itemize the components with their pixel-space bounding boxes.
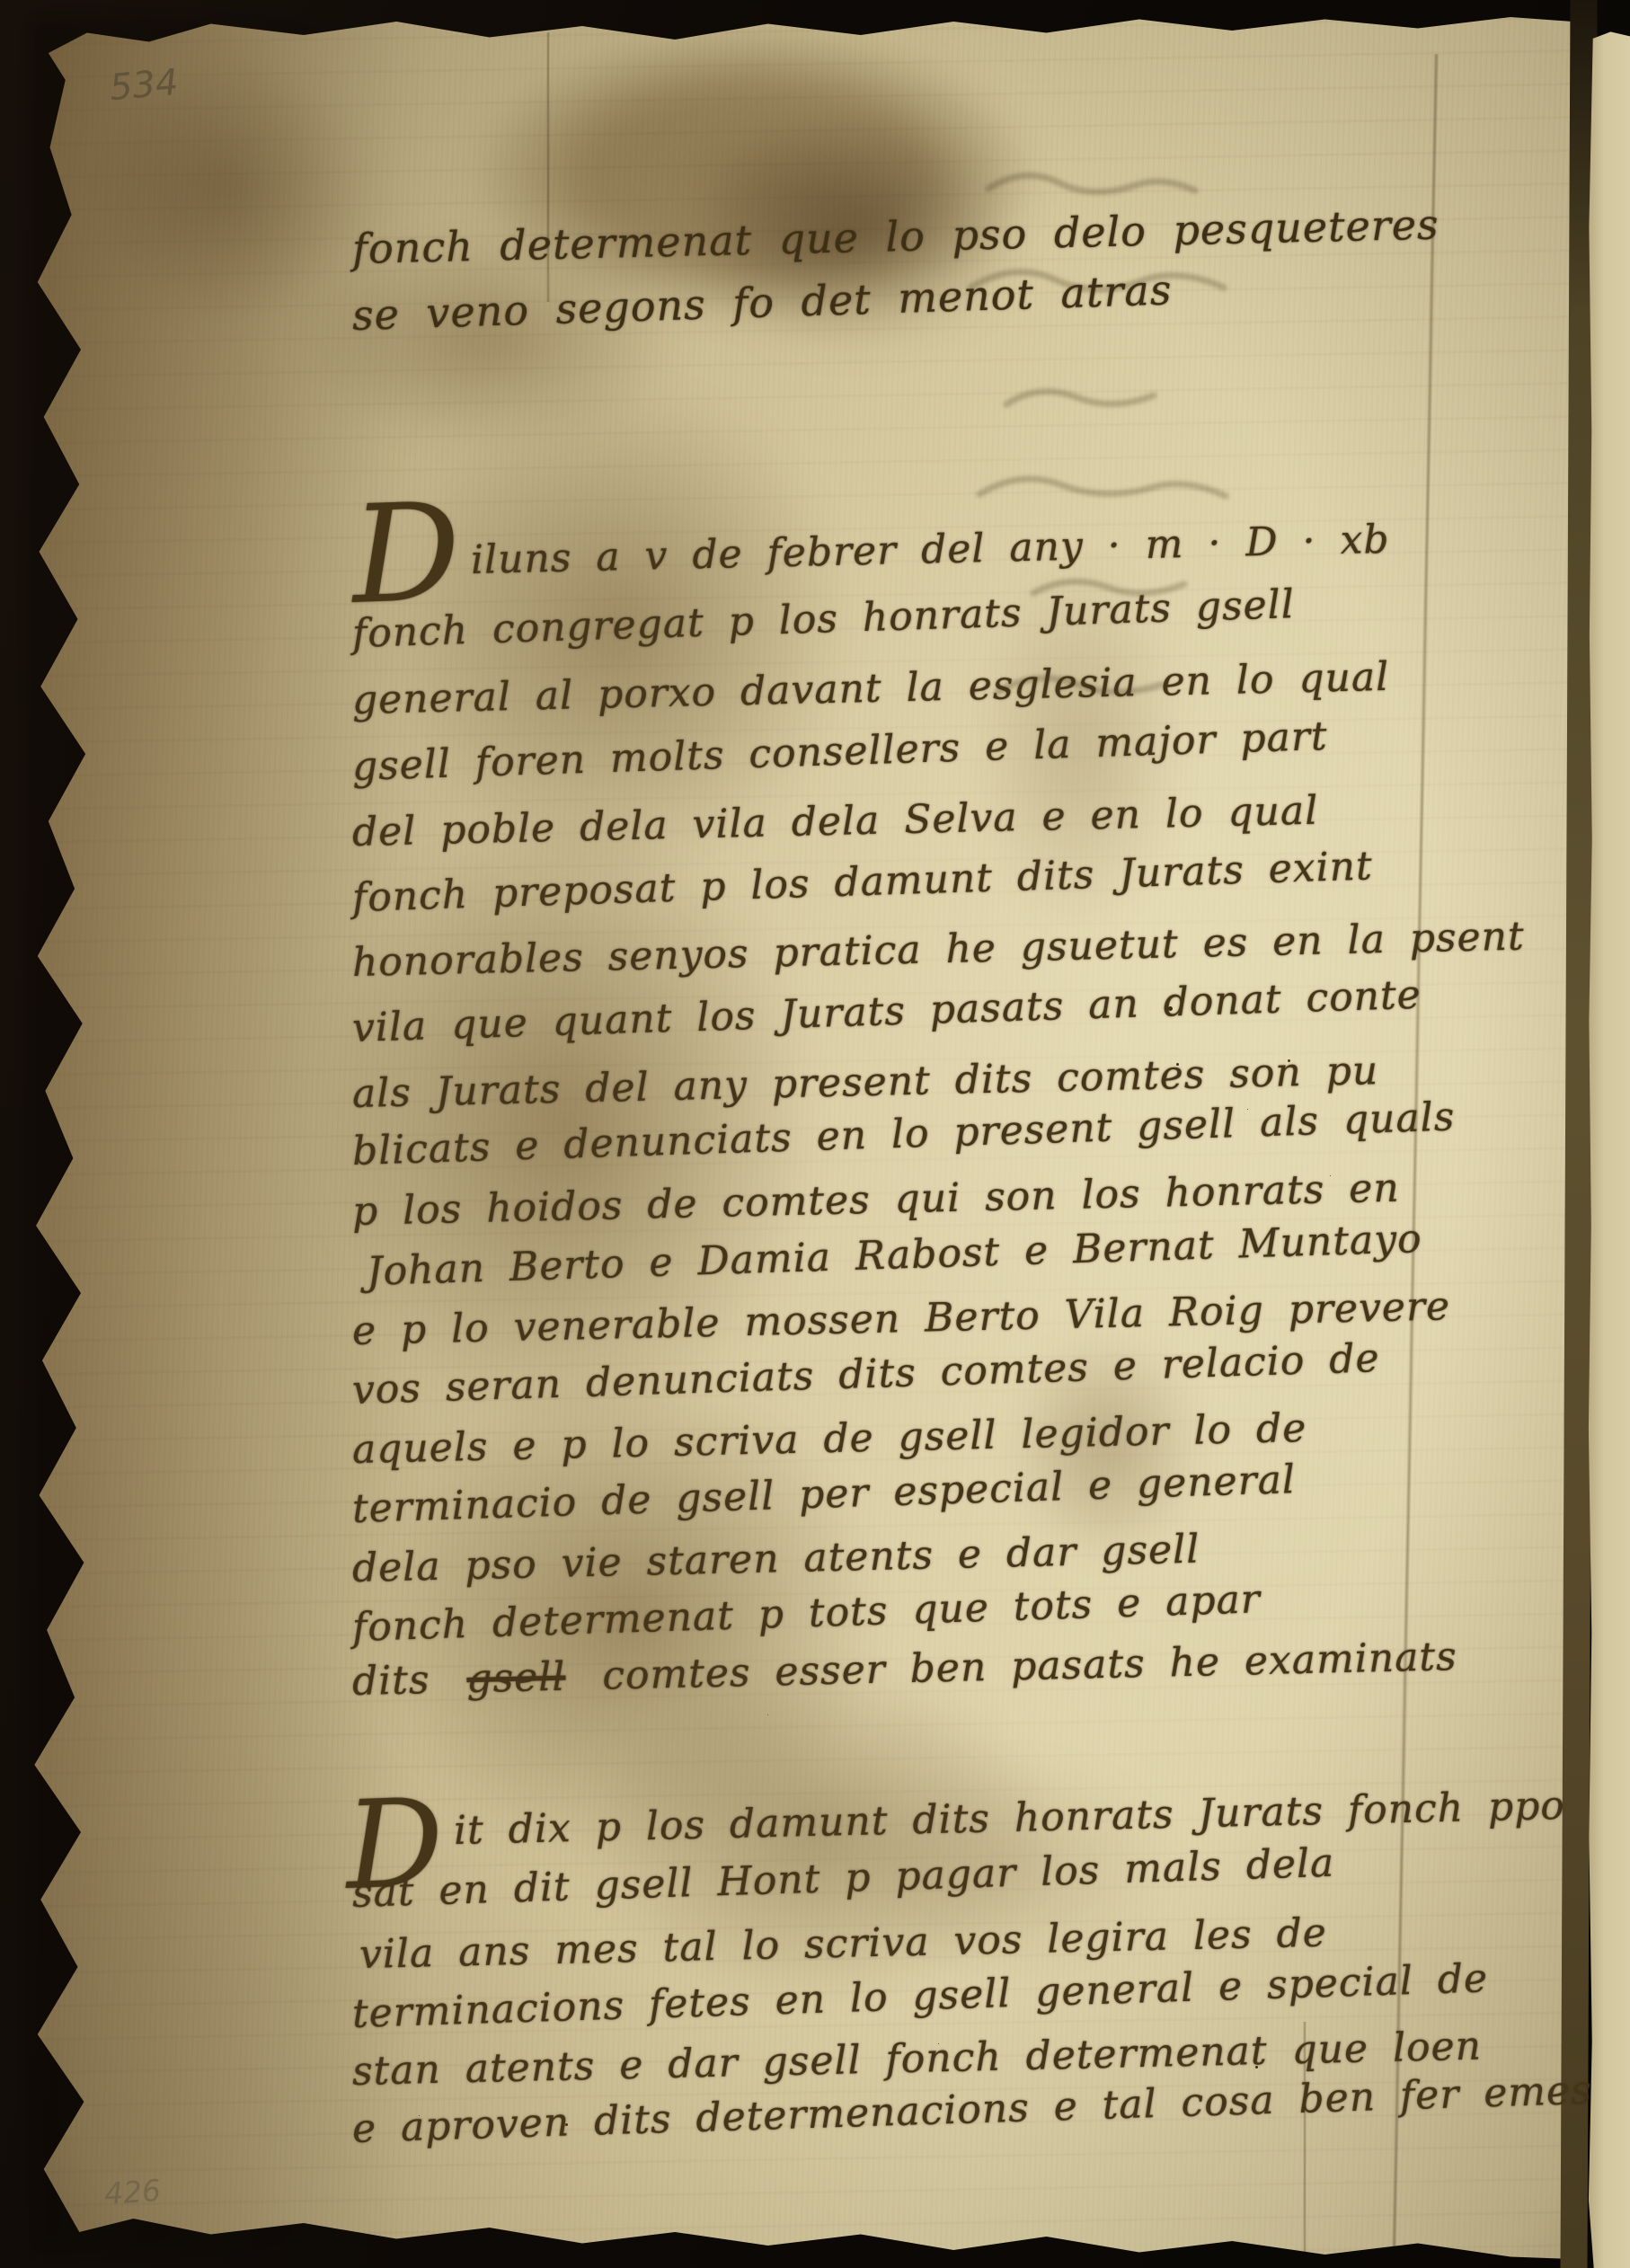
- manuscript-scan: 534 fonch determenat que lo pso delo pes…: [0, 0, 1630, 2268]
- struck-word: gsell: [466, 1654, 566, 1702]
- facing-page-edge: [1587, 0, 1630, 2268]
- initial-capital: D: [350, 492, 463, 617]
- folio-number-top: 534: [108, 62, 180, 109]
- folio-number-bottom: 426: [103, 2173, 163, 2211]
- strike-line-before: dits: [351, 1657, 430, 1705]
